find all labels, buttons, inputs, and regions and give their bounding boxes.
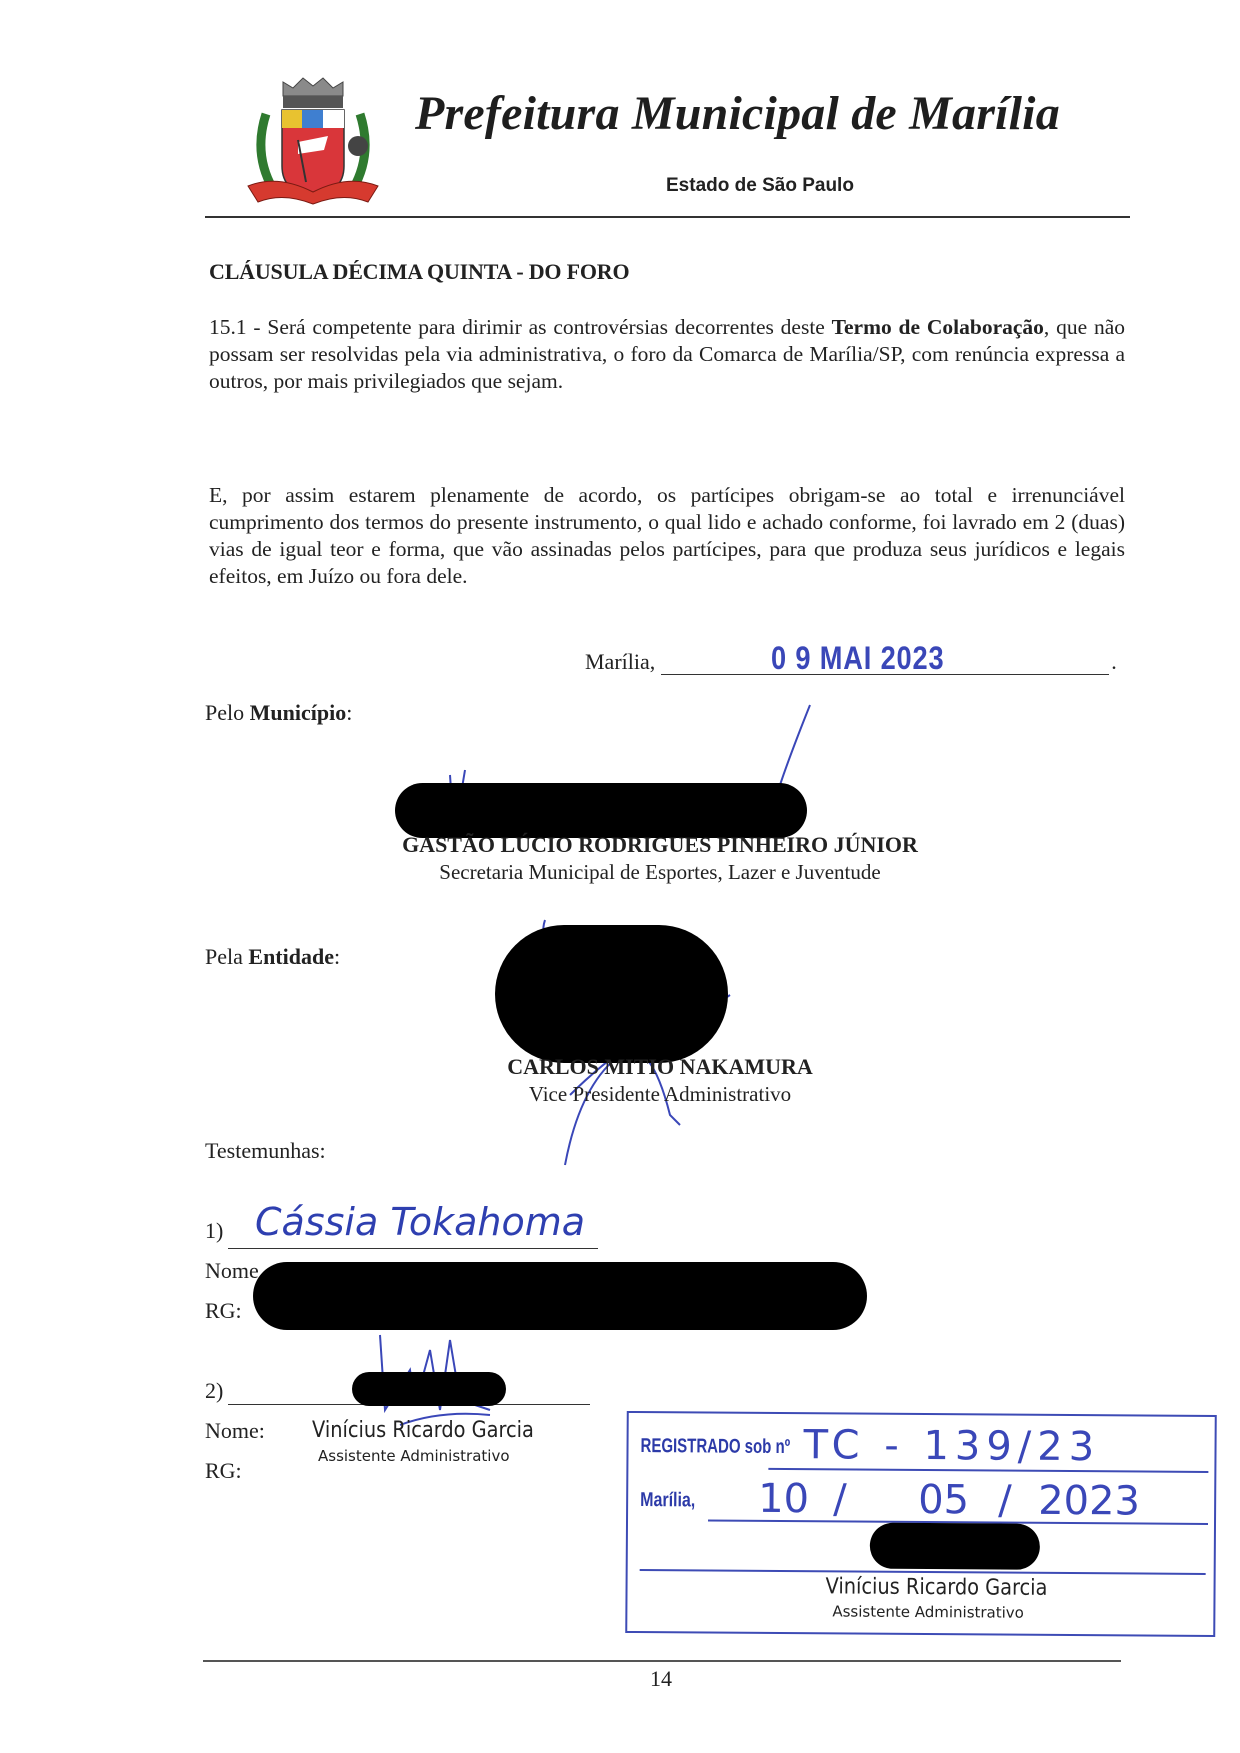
label-text: Pelo [205, 700, 250, 725]
witness-1-rg-label: RG: [205, 1298, 242, 1324]
label-bold: Município [250, 700, 347, 725]
witness-1-name-label: Nome [205, 1258, 259, 1284]
municipio-label: Pelo Município: [205, 700, 352, 726]
page-number: 14 [650, 1666, 672, 1692]
registry-month: 05 [918, 1477, 969, 1523]
redacted-signature [395, 783, 807, 838]
witness-2-number: 2) [205, 1378, 223, 1404]
registry-day: 10 [758, 1476, 809, 1522]
clause-bold-term: Termo de Colaboração [832, 315, 1044, 339]
registry-label: REGISTRADO sob nº [640, 1435, 790, 1459]
entidade-signer-name: CARLOS MITIO NAKAMURA [420, 1054, 900, 1080]
date-end: . [1111, 649, 1117, 675]
label-text: Pela [205, 944, 248, 969]
registry-number: TC - 139/23 [803, 1422, 1100, 1470]
label-text: : [346, 700, 352, 725]
date-stamp: 0 9 MAI 2023 [771, 640, 944, 677]
clause-text: 15.1 - Será competente para dirimir as c… [209, 315, 832, 339]
date-place: Marília, [585, 649, 655, 675]
registry-officer-name: Vinícius Ricardo Garcia [825, 1574, 1047, 1601]
clause-paragraph-15-1: 15.1 - Será competente para dirimir as c… [209, 314, 1125, 395]
witness-1-number: 1) [205, 1218, 223, 1244]
entidade-signer-role: Vice Presidente Administrativo [420, 1082, 900, 1107]
coat-of-arms-icon [238, 74, 388, 214]
registry-officer-role: Assistente Administrativo [832, 1602, 1024, 1621]
footer-divider [203, 1660, 1121, 1662]
redacted-witness-1-details [253, 1262, 867, 1330]
witness-2-rg-label: RG: [205, 1458, 242, 1484]
municipio-signer-name: GASTÃO LÚCIO RODRIGUES PINHEIRO JÚNIOR [360, 832, 960, 858]
witness-2-stamp-name: Vinícius Ricardo Garcia [312, 1418, 534, 1443]
redacted-signature [352, 1372, 506, 1406]
redacted-signature [870, 1523, 1040, 1570]
registry-year: 2023 [1038, 1478, 1140, 1525]
witness-2-name-label: Nome: [205, 1418, 265, 1444]
redacted-signature [495, 925, 728, 1063]
municipio-signer-role: Secretaria Municipal de Esportes, Lazer … [360, 860, 960, 885]
label-bold: Entidade [248, 944, 334, 969]
entidade-label: Pela Entidade: [205, 944, 340, 970]
registry-place: Marília, [640, 1489, 695, 1512]
header-divider [205, 216, 1130, 218]
witnesses-heading: Testemunhas: [205, 1138, 326, 1164]
registry-stamp: REGISTRADO sob nº TC - 139/23 Marília, 1… [625, 1411, 1217, 1637]
label-text: : [334, 944, 340, 969]
date-line: Marília, 0 9 MAI 2023 . [585, 648, 1117, 675]
page-subtitle: Estado de São Paulo [666, 175, 854, 197]
witness-2-stamp-role: Assistente Administrativo [318, 1447, 510, 1465]
page-title: Prefeitura Municipal de Marília [415, 86, 1060, 141]
witness-1-signature: Cássia Tokahoma [255, 1200, 585, 1244]
date-blank: 0 9 MAI 2023 [661, 648, 1109, 675]
clause-heading: CLÁUSULA DÉCIMA QUINTA - DO FORO [209, 259, 629, 285]
witness-1-signature-line [228, 1248, 598, 1249]
closing-paragraph: E, por assim estarem plenamente de acord… [209, 482, 1125, 590]
